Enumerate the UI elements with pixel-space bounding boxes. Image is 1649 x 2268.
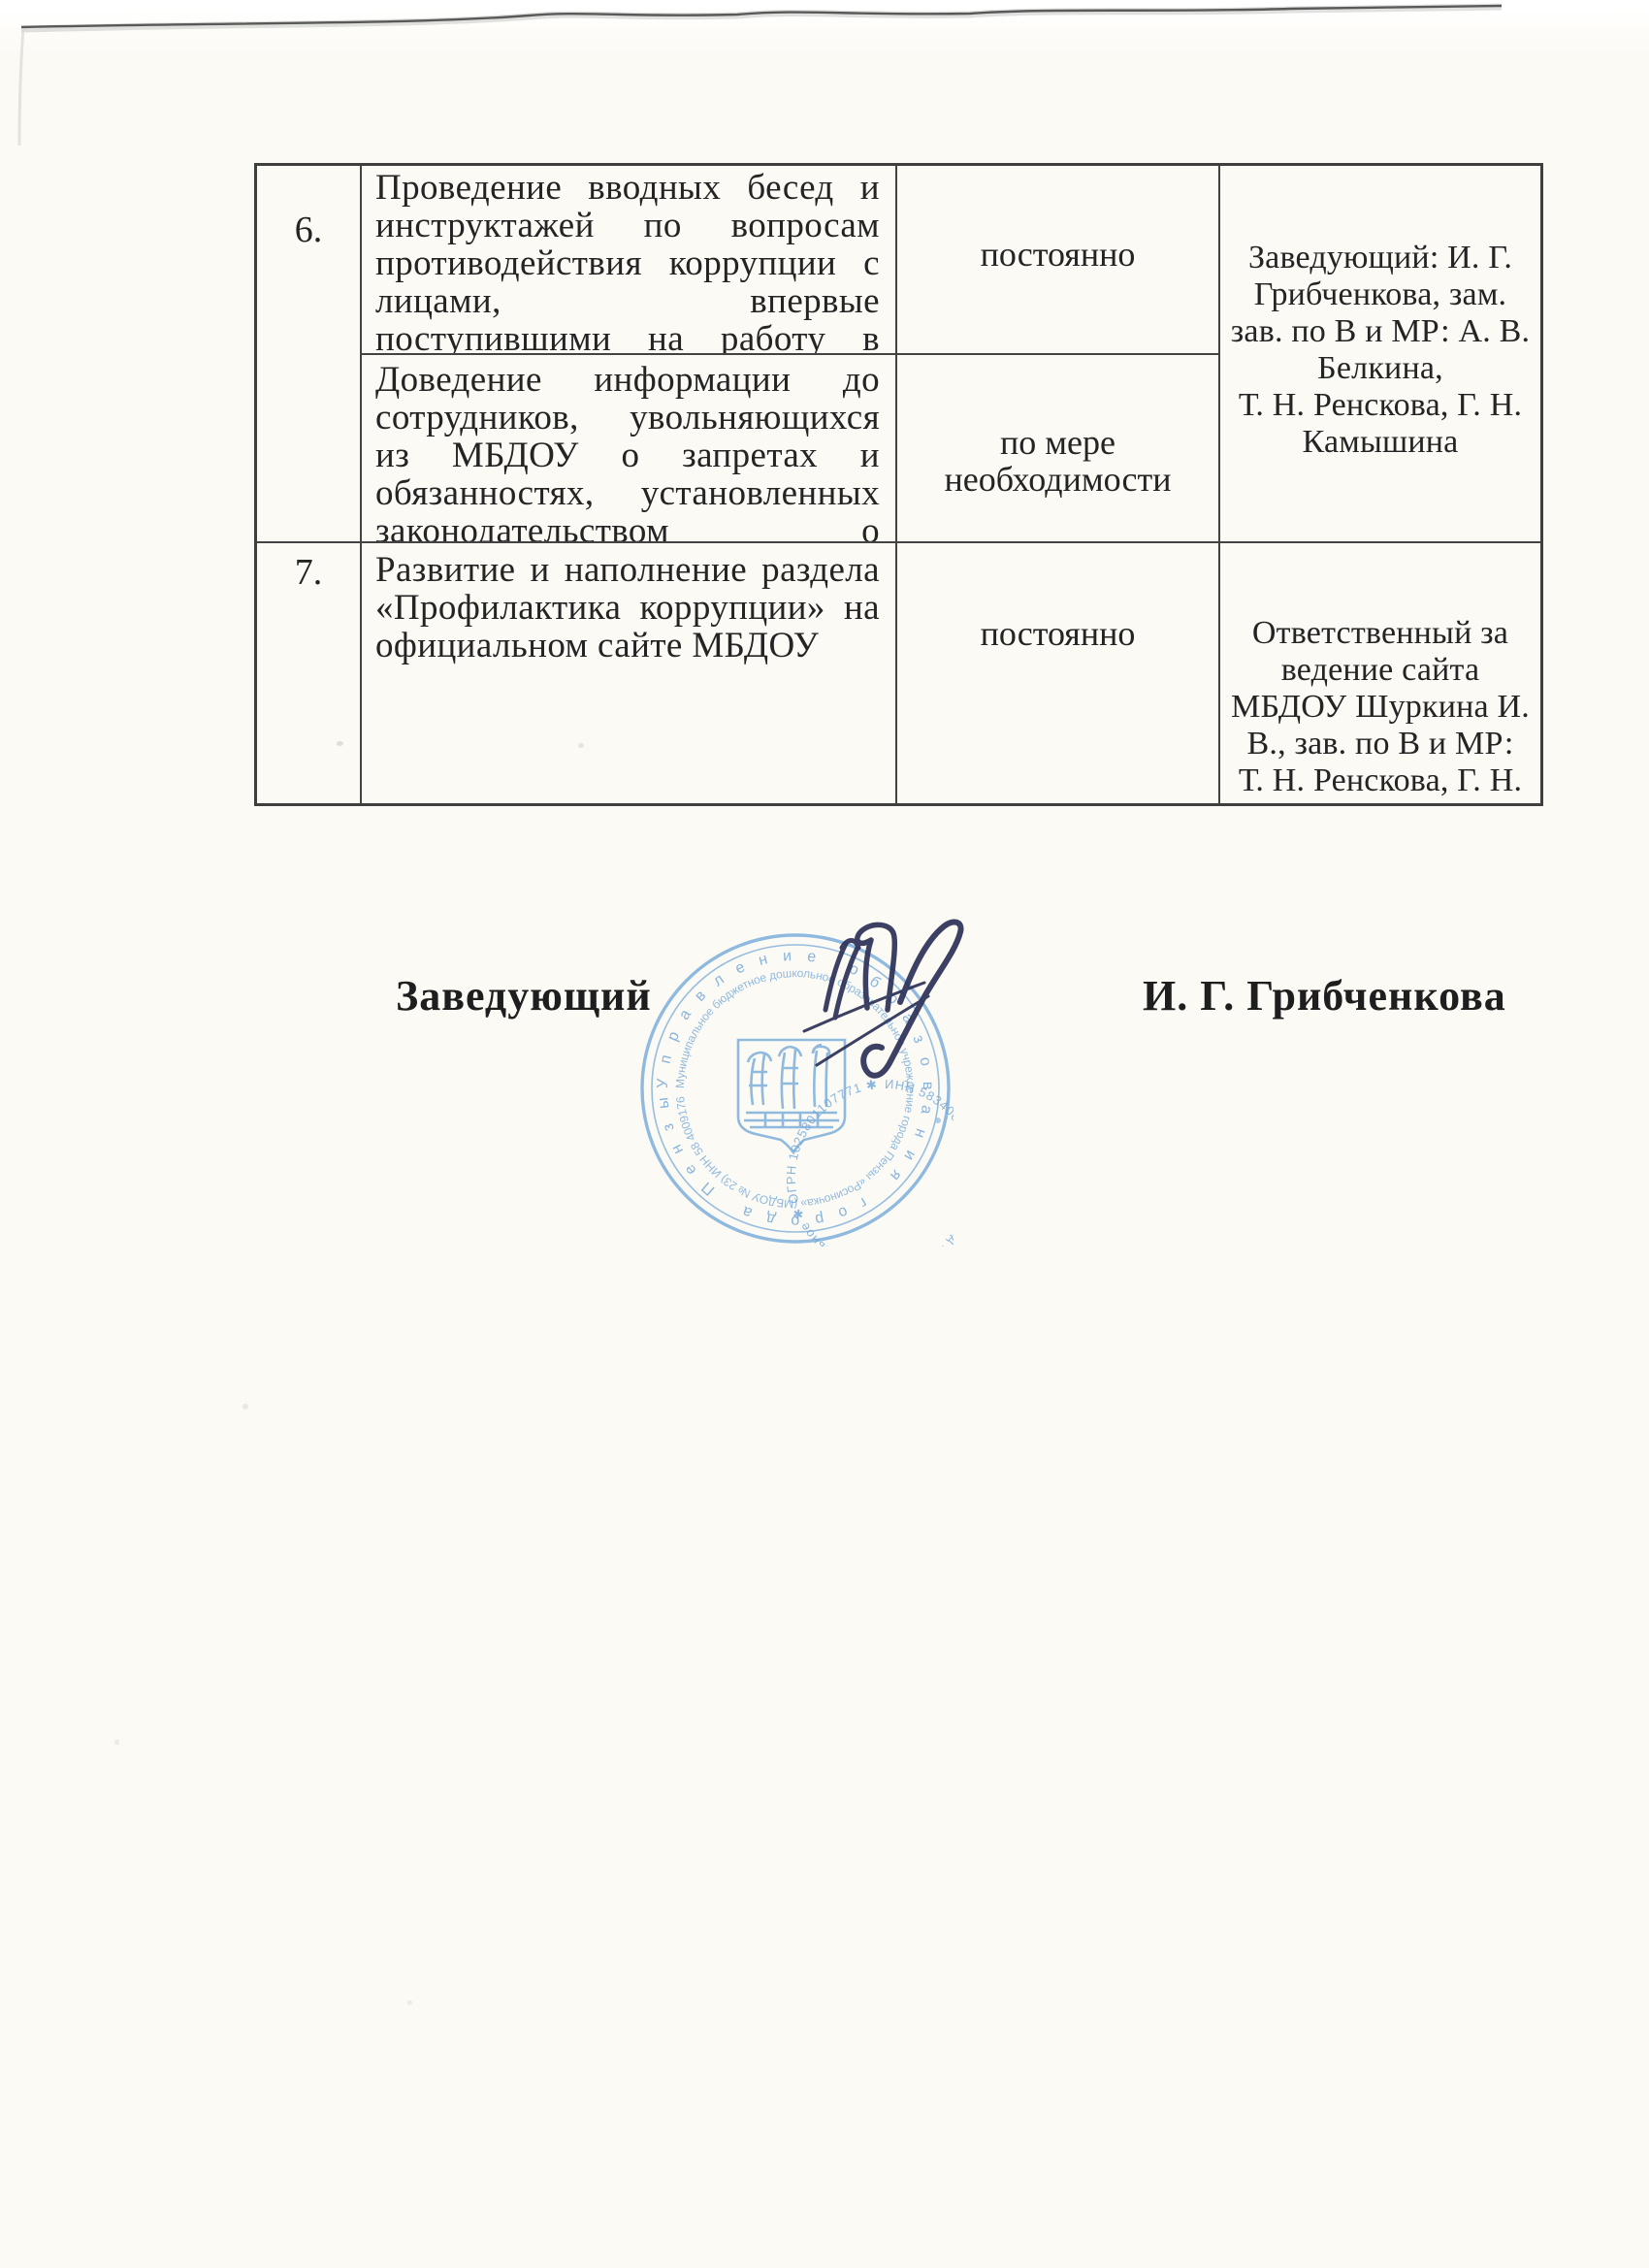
row-6-period-1-text: постоянно bbox=[981, 235, 1136, 274]
scan-speckle bbox=[114, 1739, 119, 1745]
row-6-task-1-cell: Проведение вводных бесед и инструктажей … bbox=[362, 166, 897, 355]
row-6-task-1-text: Проведение вводных бесед и инструктажей … bbox=[375, 168, 880, 355]
scan-edge-artifact bbox=[0, 0, 1649, 155]
row-6-number: 6. bbox=[295, 210, 323, 250]
position-label: Заведующий bbox=[396, 971, 652, 1021]
row-6-number-cell: 6. bbox=[257, 166, 362, 543]
row-7-executors-text: Ответственный за ведение сайта МБДОУ Шур… bbox=[1231, 615, 1530, 803]
row-7-number: 7. bbox=[295, 552, 323, 593]
scan-speckle bbox=[337, 741, 343, 746]
row-6-task-2-text: Доведение информации до сотрудников, уво… bbox=[375, 360, 880, 543]
row-6-executors-cell: Заведующий: И. Г. Грибченкова, зам. зав.… bbox=[1220, 166, 1540, 543]
row-7-period-cell: постоянно bbox=[897, 543, 1220, 803]
row-7-period-text: постоянно bbox=[981, 614, 1136, 653]
scanned-document-page: { "table": { "rows": [ { "number": "6.",… bbox=[0, 0, 1649, 2268]
row-6-task-2-cell: Доведение информации до сотрудников, уво… bbox=[362, 355, 897, 543]
action-plan-table: 6. Проведение вводных бесед и инструктаж… bbox=[254, 163, 1543, 806]
row-7-task-text: Развитие и наполнение раздела «Профилакт… bbox=[375, 550, 880, 665]
row-7-task-cell: Развитие и наполнение раздела «Профилакт… bbox=[362, 543, 897, 803]
scan-speckle bbox=[407, 2000, 412, 2005]
row-6-period-2-text: по мере необходимости bbox=[944, 423, 1171, 499]
signer-name: И. Г. Грибченкова bbox=[1143, 971, 1506, 1021]
row-7-executors-cell: Ответственный за ведение сайта МБДОУ Шур… bbox=[1220, 543, 1540, 803]
scan-speckle bbox=[578, 743, 584, 748]
row-6-period-2-cell: по мере необходимости bbox=[897, 355, 1220, 543]
handwritten-signature bbox=[621, 902, 1086, 1251]
scan-speckle bbox=[242, 1404, 248, 1409]
row-6-executors-text: Заведующий: И. Г. Грибченкова, зам. зав.… bbox=[1231, 240, 1530, 460]
row-7-number-cell: 7. bbox=[257, 543, 362, 803]
row-6-period-1-cell: постоянно bbox=[897, 166, 1220, 355]
